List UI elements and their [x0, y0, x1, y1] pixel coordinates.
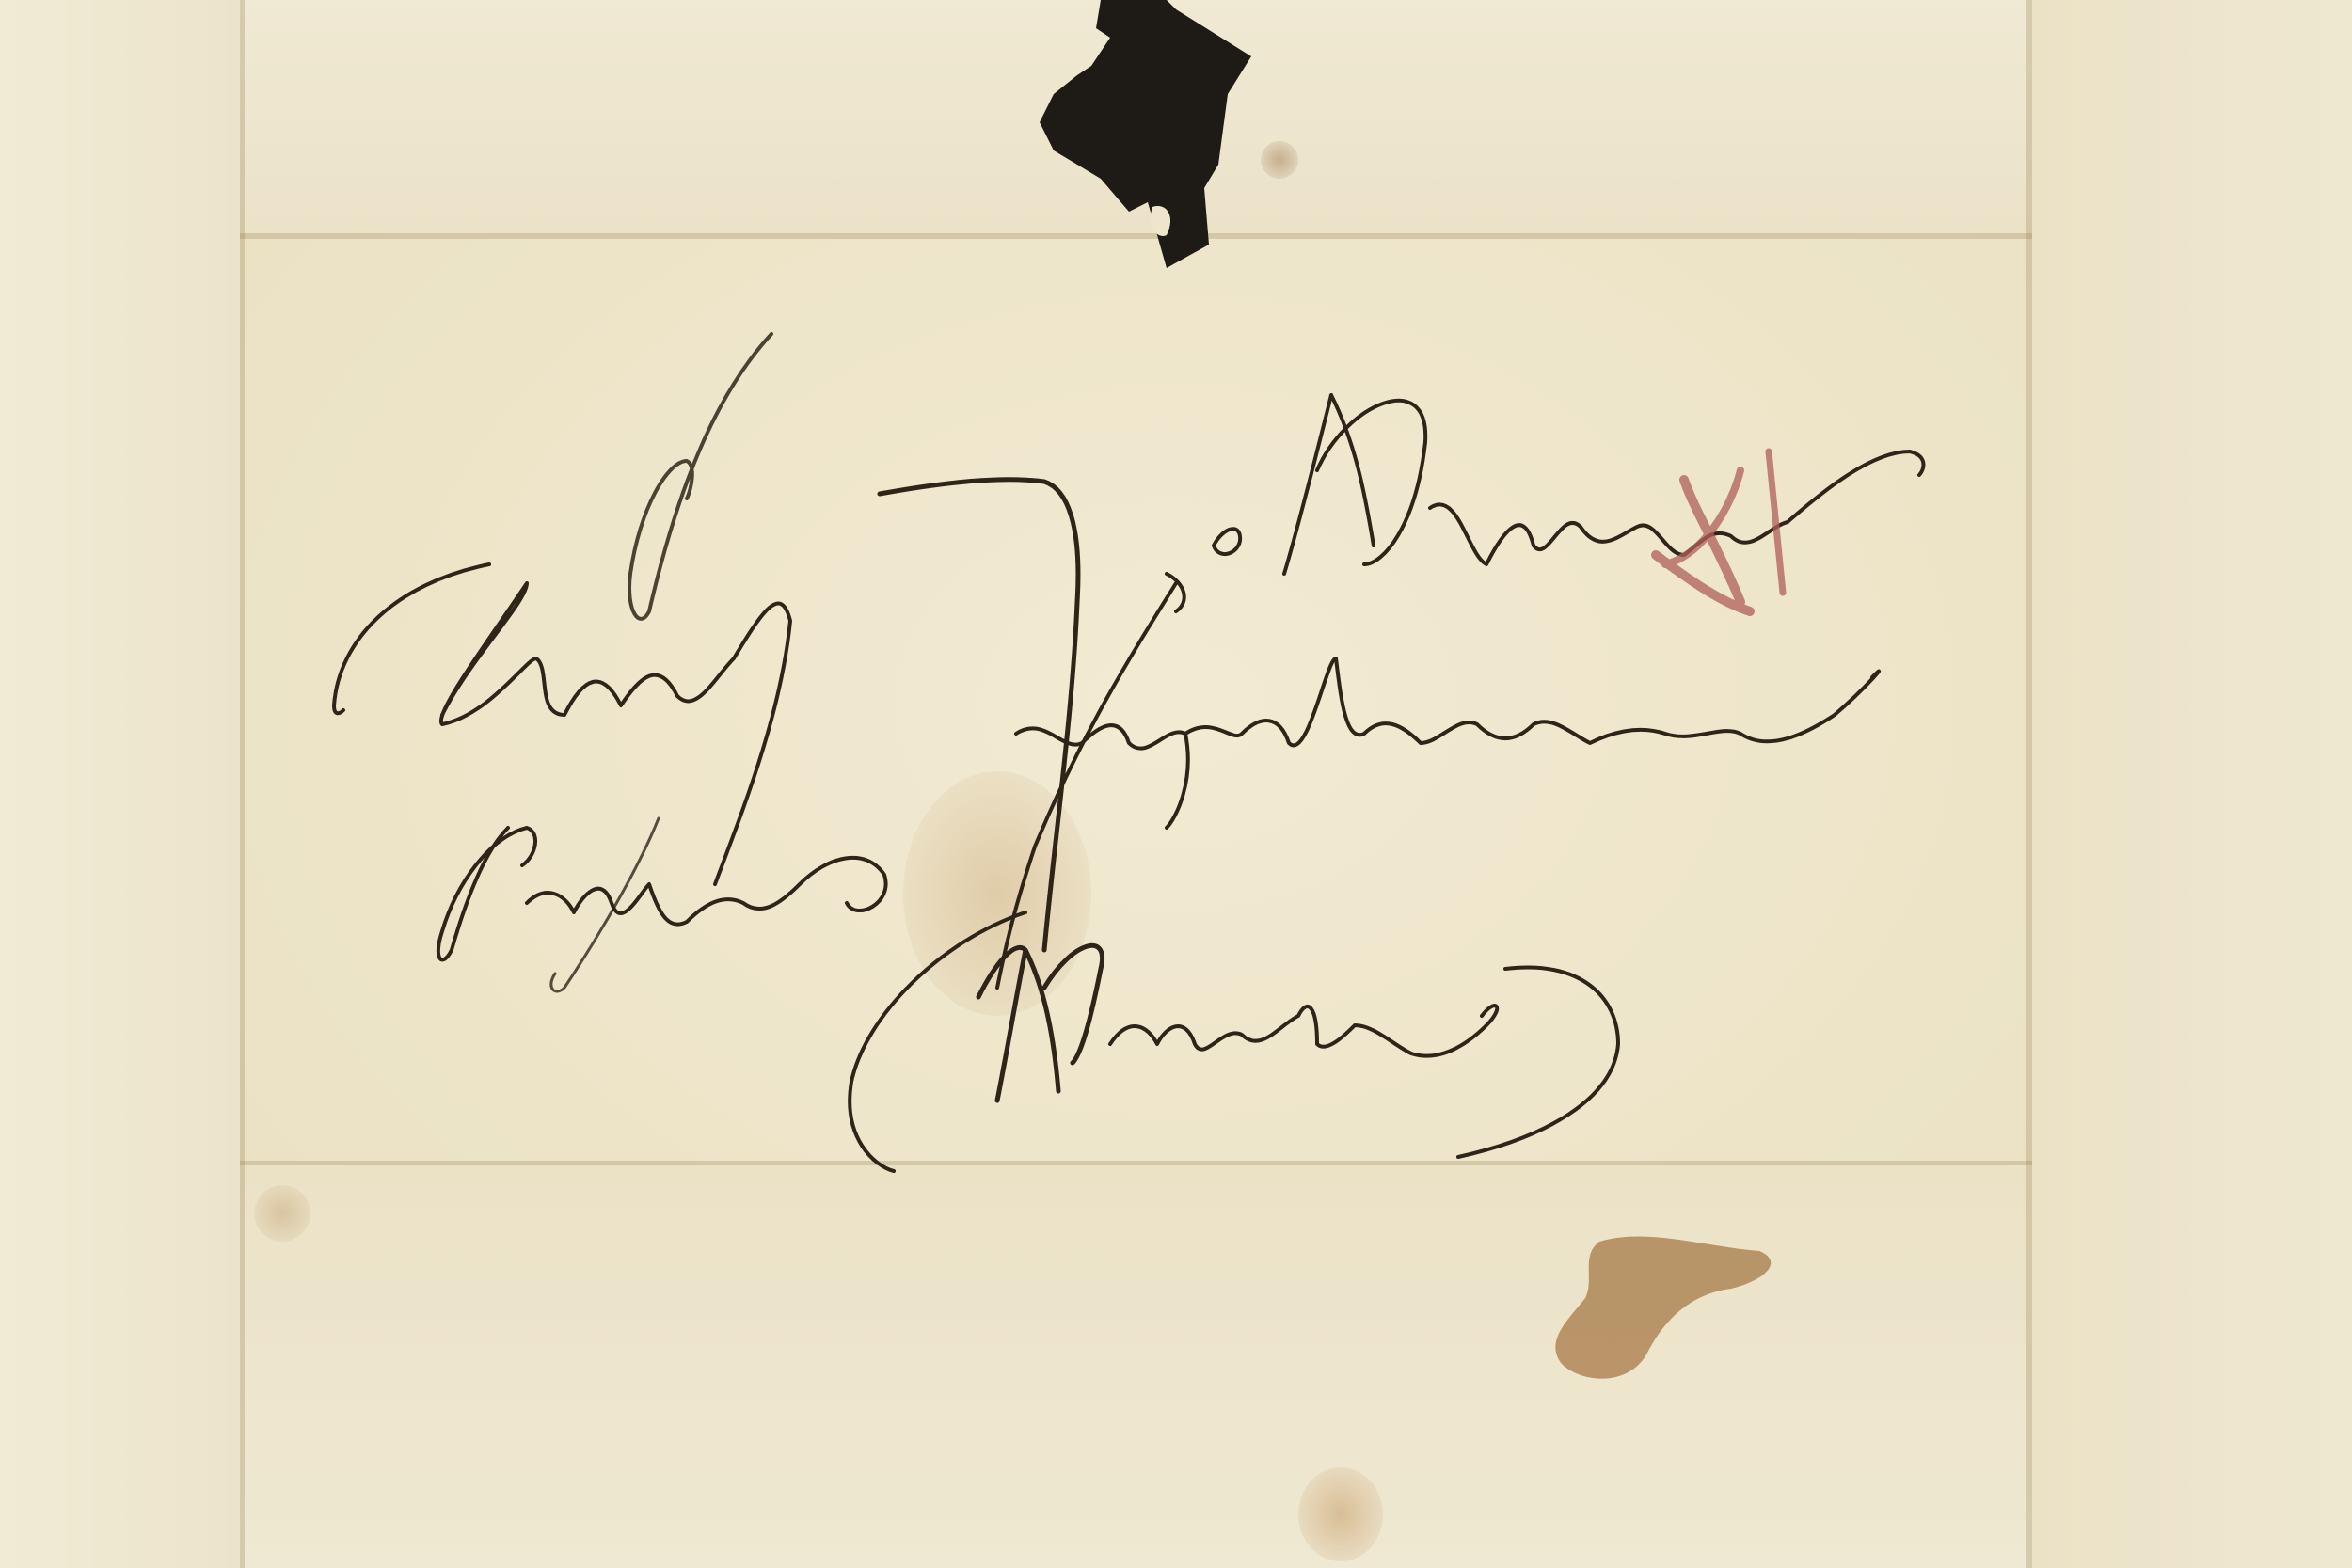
letter-paper: Monsieur Donchez Propriétaire à Périers …	[0, 0, 2352, 1568]
handwritten-address	[0, 0, 2352, 1568]
